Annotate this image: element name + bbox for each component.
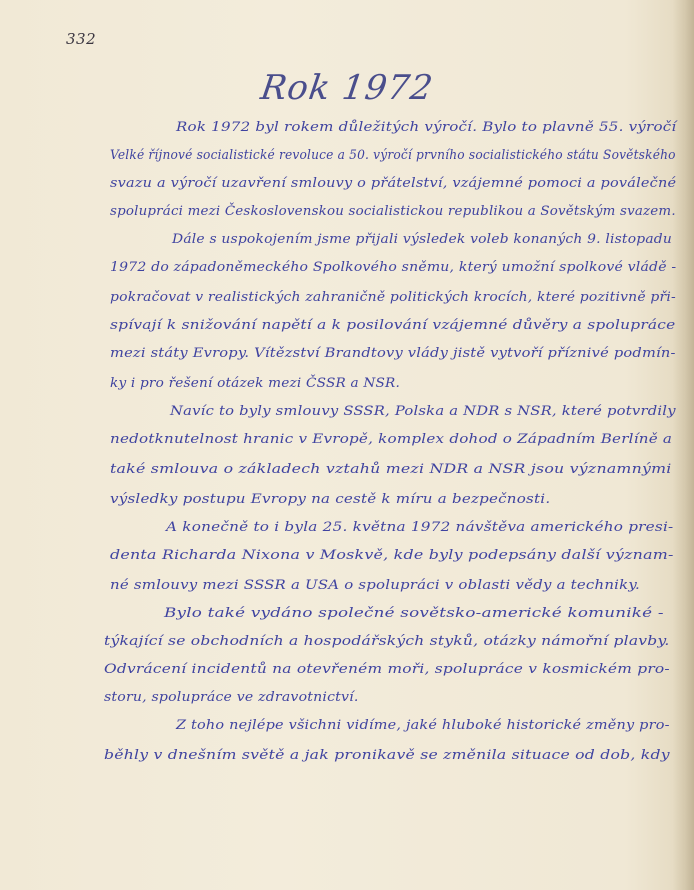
text-line: Rok 1972 byl rokem důležitých výročí. By… — [176, 120, 676, 135]
page-number: 332 — [66, 30, 96, 48]
text-line: Navíc to byly smlouvy SSSR, Polska a NDR… — [170, 404, 676, 419]
page-title: Rok 1972 — [0, 68, 694, 108]
text-line: Bylo také vydáno společné sovětsko-ameri… — [164, 606, 664, 621]
text-line: Velké říjnové socialistické revoluce a 5… — [110, 148, 676, 163]
chronicle-page: 332 Rok 1972 Rok 1972 byl rokem důležitý… — [0, 0, 694, 890]
text-line: nedotknutelnost hranic v Evropě, komplex… — [110, 432, 672, 447]
text-line: denta Richarda Nixona v Moskvě, kde byly… — [110, 548, 674, 563]
text-line: A konečně to i byla 25. května 1972 návš… — [166, 520, 673, 535]
text-line: storu, spolupráce ve zdravotnictví. — [104, 690, 359, 705]
text-line: né smlouvy mezi SSSR a USA o spolupráci … — [110, 578, 640, 593]
text-line: Z toho nejlépe všichni vidíme, jaké hlub… — [176, 718, 670, 733]
text-line: ky i pro řešení otázek mezi ČSSR a NSR. — [110, 376, 400, 391]
text-line: mezi státy Evropy. Vítězství Brandtovy v… — [110, 346, 676, 361]
text-line: Odvrácení incidentů na otevřeném moři, s… — [104, 662, 670, 677]
text-line: spívají k snižování napětí a k posilován… — [110, 318, 675, 333]
text-line: svazu a výročí uzavření smlouvy o přátel… — [110, 176, 676, 191]
text-line: pokračovat v realistických zahraničně po… — [110, 290, 676, 305]
text-line: výsledky postupu Evropy na cestě k míru … — [110, 492, 550, 507]
text-line: také smlouva o základech vztahů mezi NDR… — [110, 462, 672, 477]
text-line: běhly v dnešním světě a jak pronikavě se… — [104, 748, 670, 763]
text-line: 1972 do západoněmeckého Spolkového sněmu… — [110, 260, 676, 275]
text-line: týkající se obchodních a hospodářských s… — [104, 634, 670, 649]
text-line: Dále s uspokojením jsme přijali výsledek… — [172, 232, 672, 247]
text-line: spolupráci mezi Československou socialis… — [110, 204, 676, 219]
